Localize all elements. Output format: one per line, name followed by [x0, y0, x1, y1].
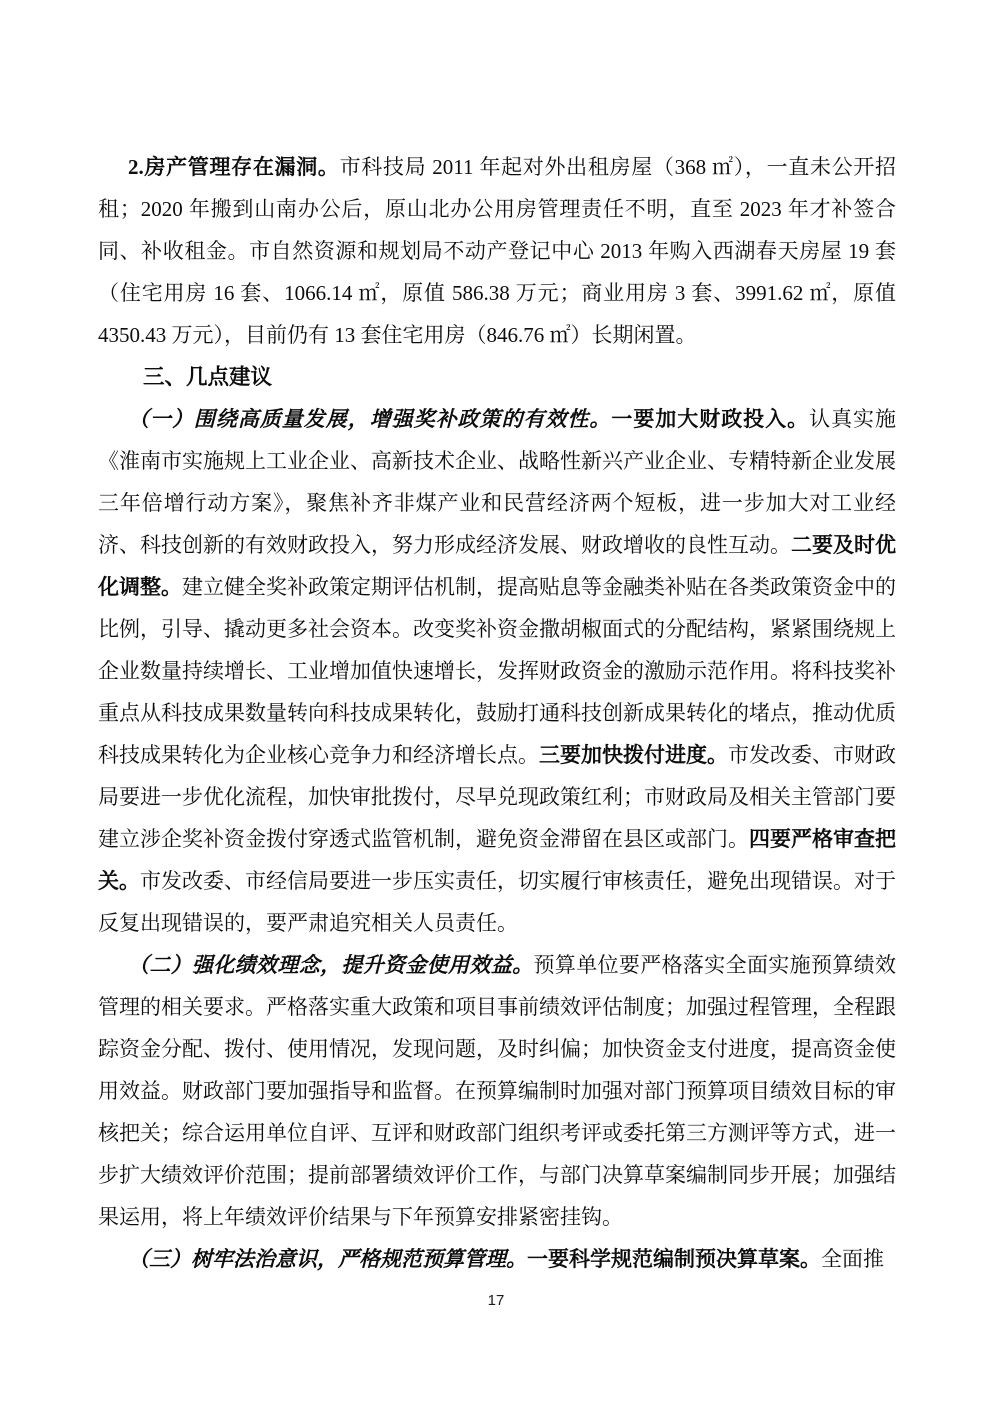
run-body-text: 预算单位要严格落实全面实施预算绩效管理的相关要求。严格落实重大政策和项目事前绩效… [98, 953, 896, 1229]
paragraph-suggestion-3: （三）树牢法治意识，严格规范预算管理。一要科学规范编制预决算草案。全面推 [98, 1238, 896, 1280]
document-page: 2.房产管理存在漏洞。市科技局 2011 年起对外出租房屋（368 ㎡），一直未… [0, 0, 992, 1403]
page-number: 17 [0, 1291, 992, 1311]
run-subsection-title: （二）强化绩效理念，提升资金使用效益。 [128, 953, 534, 977]
run-point-1-lead: 一要科学规范编制预决算草案。 [527, 1247, 821, 1271]
document-body: 2.房产管理存在漏洞。市科技局 2011 年起对外出租房屋（368 ㎡），一直未… [98, 146, 896, 1280]
run-point-4-text: 市发改委、市经信局要进一步压实责任，切实履行审核责任，避免出现错误。对于反复出现… [98, 869, 896, 935]
run-point-3-lead: 三要加快拨付进度。 [539, 743, 728, 767]
run-subsection-title: （一）围绕高质量发展，增强奖补政策的有效性。 [128, 407, 611, 431]
paragraph-suggestion-1: （一）围绕高质量发展，增强奖补政策的有效性。一要加大财政投入。认真实施《淮南市实… [98, 398, 896, 944]
run-body-text: 市科技局 2011 年起对外出租房屋（368 ㎡），一直未公开招租；2020 年… [98, 155, 896, 347]
run-body-text: 全面推 [821, 1247, 884, 1271]
run-point-2-text: 建立健全奖补政策定期评估机制，提高贴息等金融类补贴在各类政策资金中的比例，引导、… [98, 575, 896, 767]
run-lead-bold: 2.房产管理存在漏洞。 [128, 155, 340, 179]
paragraph-property-management: 2.房产管理存在漏洞。市科技局 2011 年起对外出租房屋（368 ㎡），一直未… [98, 146, 896, 356]
section-heading-suggestions: 三、几点建议 [98, 356, 896, 398]
paragraph-suggestion-2: （二）强化绩效理念，提升资金使用效益。预算单位要严格落实全面实施预算绩效管理的相… [98, 944, 896, 1238]
run-point-1-lead: 一要加大财政投入。 [611, 407, 809, 431]
run-subsection-title: （三）树牢法治意识，严格规范预算管理。 [128, 1247, 527, 1271]
